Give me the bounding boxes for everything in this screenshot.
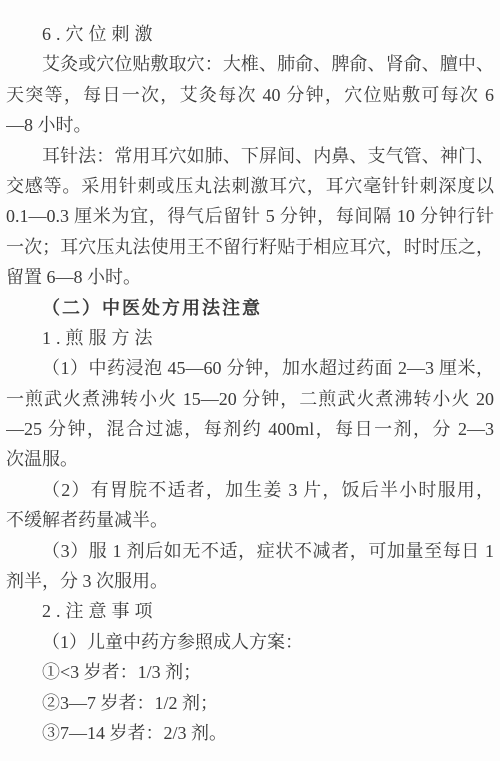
text-line: （1）中药浸泡 45—60 分钟，加水超过药面 2—3 厘米， (6, 353, 494, 383)
text-line: （二）中医处方用法注意 (6, 293, 494, 323)
text-line: 交感等。采用针刺或压丸法刺激耳穴，耳穴毫针针刺深度以 (6, 171, 494, 201)
text-line: 留置 6—8 小时。 (6, 262, 494, 292)
text-line: 一次；耳穴压丸法使用王不留行籽贴于相应耳穴，时时压之， (6, 232, 494, 262)
text-line: —25 分钟，混合过滤，每剂约 400ml，每日一剂，分 2—3 (6, 414, 494, 444)
text-line: 天突等，每日一次，艾灸每次 40 分钟，穴位贴敷可每次 6 (6, 80, 494, 110)
text-line: （2）有胃脘不适者，加生姜 3 片，饭后半小时服用， (6, 475, 494, 505)
text-line: 耳针法：常用耳穴如肺、下屏间、内鼻、支气管、神门、 (6, 141, 494, 171)
text-line: 艾灸或穴位贴敷取穴：大椎、肺俞、脾俞、肾俞、膻中、 (6, 49, 494, 79)
text-line: 0.1—0.3 厘米为宜，得气后留针 5 分钟，每间隔 10 分钟行针 (6, 201, 494, 231)
text-line: 次温服。 (6, 444, 494, 474)
text-line: （3）服 1 剂后如无不适，症状不减者，可加量至每日 1 (6, 536, 494, 566)
text-line: ③7—14 岁者：2/3 剂。 (6, 718, 494, 748)
text-line: 剂半，分 3 次服用。 (6, 566, 494, 596)
text-line: 一煎武火煮沸转小火 15—20 分钟，二煎武火煮沸转小火 20 (6, 384, 494, 414)
text-line: 6.穴位刺激 (6, 19, 494, 49)
text-line: ①<3 岁者：1/3 剂； (6, 657, 494, 687)
document-text-block: 6.穴位刺激艾灸或穴位贴敷取穴：大椎、肺俞、脾俞、肾俞、膻中、天突等，每日一次，… (6, 19, 494, 748)
text-line: （1）儿童中药方参照成人方案： (6, 627, 494, 657)
document-page: 6.穴位刺激艾灸或穴位贴敷取穴：大椎、肺俞、脾俞、肾俞、膻中、天突等，每日一次，… (0, 0, 500, 761)
text-line: 1.煎服方法 (6, 323, 494, 353)
text-line: —8 小时。 (6, 110, 494, 140)
text-line: ②3—7 岁者：1/2 剂； (6, 688, 494, 718)
text-line: 2.注意事项 (6, 596, 494, 626)
text-line: 不缓解者药量减半。 (6, 505, 494, 535)
